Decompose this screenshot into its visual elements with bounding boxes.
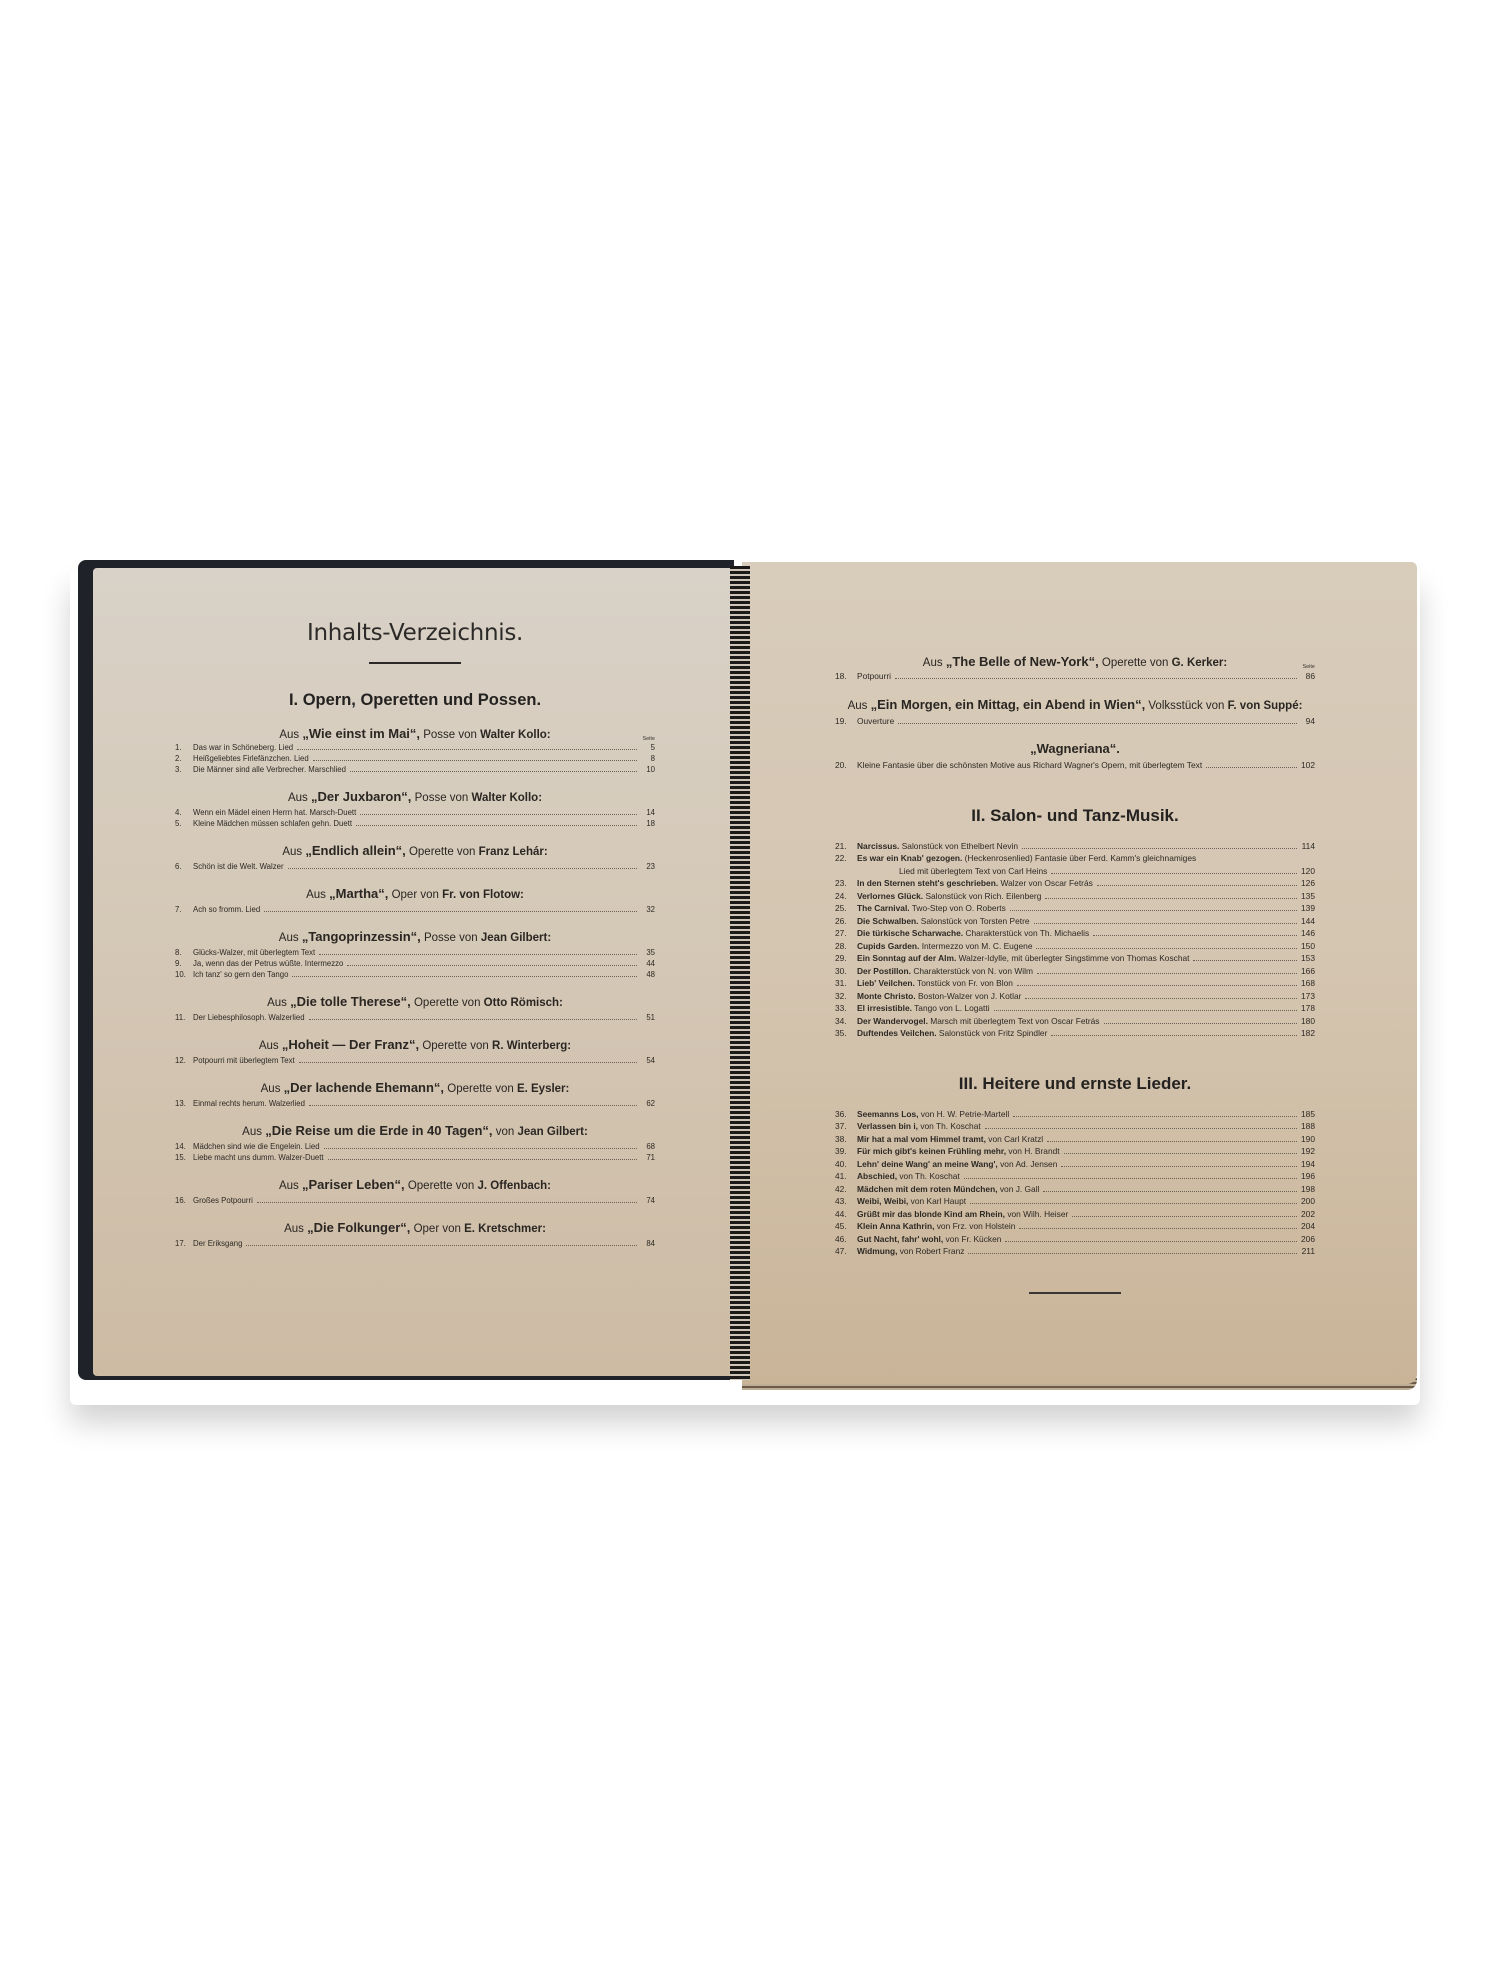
entry-title: Für mich gibt's keinen Frühling mehr, <box>857 1146 1006 1156</box>
entry-text: Grüßt mir das blonde Kind am Rhein, von … <box>857 1208 1068 1221</box>
work-title: „Wagneriana“. <box>1030 741 1120 756</box>
entry-text: The Carnival. Two-Step von O. Roberts <box>857 902 1006 915</box>
entry-number: 11. <box>175 1012 193 1023</box>
work-prefix: Aus <box>279 932 299 944</box>
entry-description: Lied mit überlegtem Text von Carl Heins <box>899 866 1047 876</box>
entry-text: Duftendes Veilchen. Salonstück von Fritz… <box>857 1027 1047 1040</box>
entry-page: 84 <box>641 1238 655 1249</box>
entry-description: von H. W. Petrie-Martell <box>921 1109 1009 1119</box>
work-prefix: Aus <box>848 700 868 712</box>
dot-leader <box>313 760 637 761</box>
work-composer: R. Winterberg: <box>492 1040 571 1052</box>
entry-page: 139 <box>1301 902 1315 915</box>
dot-leader <box>985 1128 1297 1129</box>
work-kind: Posse von <box>415 792 469 804</box>
entry-title: Grüßt mir das blonde Kind am Rhein, <box>857 1209 1005 1219</box>
dot-leader <box>1061 1166 1297 1167</box>
entry-description: Walzer von Oscar Fetrás <box>1000 878 1092 888</box>
work-title: „Die tolle Therese“, <box>290 994 411 1009</box>
entry-title: Narcissus. <box>857 841 899 851</box>
entry-number: 7. <box>175 904 193 915</box>
entry-page: 48 <box>641 969 655 980</box>
dot-leader <box>1036 948 1297 949</box>
entry-page: 211 <box>1301 1245 1315 1258</box>
work-kind: Posse von <box>423 729 477 741</box>
entry-title: Widmung, <box>857 1246 897 1256</box>
entry-title: Monte Christo. <box>857 991 916 1001</box>
entry-title: Kleine Fantasie über die schönsten Motiv… <box>857 759 1202 772</box>
entry-number: 20. <box>835 759 857 772</box>
work-kind: Operette von <box>408 1180 474 1192</box>
entry-page: 94 <box>1301 715 1315 728</box>
work-heading: Aus „Der lachende Ehemann“, Operette von… <box>175 1080 655 1095</box>
entry-title: Liebe macht uns dumm. Walzer-Duett <box>193 1152 324 1163</box>
work-composer: Franz Lehár: <box>479 846 548 858</box>
dot-leader <box>1045 898 1297 899</box>
toc-entry: 27.Die türkische Scharwache. Charakterst… <box>835 927 1315 940</box>
toc-entry: 32.Monte Christo. Boston-Walzer von J. K… <box>835 990 1315 1003</box>
entry-page: 196 <box>1301 1170 1315 1183</box>
dot-leader <box>1034 923 1297 924</box>
work-kind: Volksstück von <box>1148 700 1224 712</box>
toc-entry: 35.Duftendes Veilchen. Salonstück von Fr… <box>835 1027 1315 1040</box>
entry-page: 185 <box>1301 1108 1315 1121</box>
work-heading: Aus „Martha“, Oper von Fr. von Flotow: <box>175 886 655 901</box>
entry-number: 34. <box>835 1015 857 1028</box>
toc-entry: 41.Abschied, von Th. Koschat196 <box>835 1170 1315 1183</box>
work-title: „Wie einst im Mai“, <box>302 726 420 741</box>
work-heading: Aus „Ein Morgen, ein Mittag, ein Abend i… <box>835 697 1315 712</box>
work-title: „The Belle of New-York“, <box>946 654 1099 669</box>
entry-title: Mädchen sind wie die Engelein. Lied <box>193 1141 320 1152</box>
work-prefix: Aus <box>259 1040 279 1052</box>
work-kind: Operette von <box>409 846 475 858</box>
toc-entry: 14.Mädchen sind wie die Engelein. Lied68 <box>175 1141 655 1152</box>
entry-title: Ein Sonntag auf der Alm. <box>857 953 956 963</box>
entry-title: Ouverture <box>857 715 894 728</box>
work-kind: Operette von <box>414 997 480 1009</box>
toc-entry: Lied mit überlegtem Text von Carl Heins1… <box>835 865 1315 878</box>
toc-entry: 36.Seemanns Los, von H. W. Petrie-Martel… <box>835 1108 1315 1121</box>
entry-text: Cupids Garden. Intermezzo von M. C. Euge… <box>857 940 1032 953</box>
dot-leader <box>264 911 637 912</box>
entry-page: 166 <box>1301 965 1315 978</box>
entry-page: 146 <box>1301 927 1315 940</box>
entry-description: Two-Step von O. Roberts <box>912 903 1006 913</box>
entry-title: Der Eriksgang <box>193 1238 242 1249</box>
entry-number: 43. <box>835 1195 857 1208</box>
toc-entry: 11.Der Liebesphilosoph. Walzerlied51 <box>175 1012 655 1023</box>
entry-description: (Heckenrosenlied) Fantasie über Ferd. Ka… <box>965 853 1197 863</box>
work-composer: Otto Römisch: <box>484 997 563 1009</box>
work-prefix: Aus <box>279 1180 299 1192</box>
work-composer: G. Kerker: <box>1172 657 1228 669</box>
entry-text: Verlassen bin i, von Th. Koschat <box>857 1120 981 1133</box>
entry-description: Marsch mit überlegtem Text von Oscar Fet… <box>930 1016 1099 1026</box>
dot-leader <box>292 976 637 977</box>
entry-number: 42. <box>835 1183 857 1196</box>
entry-page: 182 <box>1301 1027 1315 1040</box>
entry-number: 37. <box>835 1120 857 1133</box>
dot-leader <box>898 723 1297 724</box>
toc-entry: 12.Potpourri mit überlegtem Text54 <box>175 1055 655 1066</box>
lieder-list: 36.Seemanns Los, von H. W. Petrie-Martel… <box>835 1108 1315 1258</box>
entry-description: von Th. Koschat <box>920 1121 980 1131</box>
entry-page: 188 <box>1301 1120 1315 1133</box>
entry-number: 38. <box>835 1133 857 1146</box>
entry-number: 10. <box>175 969 193 980</box>
entry-page: 190 <box>1301 1133 1315 1146</box>
entry-text: In den Sternen steht's geschrieben. Walz… <box>857 877 1093 890</box>
dot-leader <box>1010 910 1297 911</box>
salon-list: 21.Narcissus. Salonstück von Ethelbert N… <box>835 840 1315 1040</box>
work-composer: Walter Kollo: <box>480 729 551 741</box>
entry-description: von J. Gall <box>1000 1184 1040 1194</box>
entry-title: Einmal rechts herum. Walzerlied <box>193 1098 305 1109</box>
toc-entry: 30.Der Postillon. Charakterstück von N. … <box>835 965 1315 978</box>
entry-description: von Ad. Jensen <box>1000 1159 1057 1169</box>
right-page-content: Aus „The Belle of New-York“, Operette vo… <box>835 640 1315 1294</box>
entry-title: Heißgeliebtes Firlefänzchen. Lied <box>193 753 309 764</box>
entry-page: 10 <box>641 764 655 775</box>
dot-leader <box>970 1203 1297 1204</box>
entry-number: 17. <box>175 1238 193 1249</box>
entry-description: Intermezzo von M. C. Eugene <box>922 941 1033 951</box>
entry-number: 40. <box>835 1158 857 1171</box>
work-kind: Operette von <box>422 1040 488 1052</box>
work-composer: Jean Gilbert: <box>481 932 551 944</box>
dot-leader <box>257 1202 637 1203</box>
entry-text: Weibi, Weibi, von Karl Haupt <box>857 1195 966 1208</box>
entry-description: von Robert Franz <box>900 1246 965 1256</box>
entry-page: 135 <box>1301 890 1315 903</box>
entry-page: 178 <box>1301 1002 1315 1015</box>
dot-leader <box>895 678 1297 679</box>
toc-entry: 15.Liebe macht uns dumm. Walzer-Duett71 <box>175 1152 655 1163</box>
entry-title: Duftendes Veilchen. <box>857 1028 937 1038</box>
entry-number: 1. <box>175 742 193 753</box>
toc-entry: 45.Klein Anna Kathrin, von Frz. von Hols… <box>835 1220 1315 1233</box>
entry-text: Seemanns Los, von H. W. Petrie-Martell <box>857 1108 1009 1121</box>
entry-page: 200 <box>1301 1195 1315 1208</box>
work-heading: Aus „Hoheit — Der Franz“, Operette von R… <box>175 1037 655 1052</box>
entry-page: 180 <box>1301 1015 1315 1028</box>
work-kind: Operette von <box>1102 657 1168 669</box>
entry-text: Mädchen mit dem roten Mündchen, von J. G… <box>857 1183 1039 1196</box>
entry-page: 150 <box>1301 940 1315 953</box>
work-heading: Aus „Die tolle Therese“, Operette von Ot… <box>175 994 655 1009</box>
dot-leader <box>246 1245 637 1246</box>
work-title: „Pariser Leben“, <box>302 1177 405 1192</box>
work-prefix: Aus <box>261 1083 281 1095</box>
entry-number: 13. <box>175 1098 193 1109</box>
left-page-content: Inhalts-Verzeichnis. I. Opern, Operetten… <box>175 620 655 1249</box>
dot-leader <box>1051 1035 1297 1036</box>
entry-description: Salonstück von Fritz Spindler <box>939 1028 1047 1038</box>
entry-text: Lehn' deine Wang' an meine Wang', von Ad… <box>857 1158 1057 1171</box>
entry-number: 41. <box>835 1170 857 1183</box>
entry-title: Potpourri <box>857 670 891 683</box>
work-title: „Endlich allein“, <box>305 843 405 858</box>
title-rule <box>369 662 461 664</box>
entry-title: Verlassen bin i, <box>857 1121 918 1131</box>
entry-description: Tonstück von Fr. von Blon <box>917 978 1013 988</box>
work-prefix: Aus <box>267 997 287 1009</box>
work-title: „Ein Morgen, ein Mittag, ein Abend in Wi… <box>871 697 1146 712</box>
toc-entry: 18.Potpourri86 <box>835 670 1315 683</box>
toc-entry: 10.Ich tanz' so gern den Tango48 <box>175 969 655 980</box>
work-title: „Die Reise um die Erde in 40 Tagen“, <box>265 1123 492 1138</box>
entry-page: 74 <box>641 1195 655 1206</box>
dot-leader <box>1025 998 1297 999</box>
entry-title: Das war in Schöneberg. Lied <box>193 742 293 753</box>
entry-number: 23. <box>835 877 857 890</box>
entry-page: 35 <box>641 947 655 958</box>
entry-text: Klein Anna Kathrin, von Frz. von Holstei… <box>857 1220 1015 1233</box>
entry-page: 54 <box>641 1055 655 1066</box>
work-heading: Aus „Pariser Leben“, Operette von J. Off… <box>175 1177 655 1192</box>
entry-text: Mir hat a mal vom Himmel tramt, von Carl… <box>857 1133 1043 1146</box>
work-title: „Der lachende Ehemann“, <box>284 1080 444 1095</box>
page-title: Inhalts-Verzeichnis. <box>175 620 655 646</box>
entry-page: 144 <box>1301 915 1315 928</box>
toc-entry: 1.Das war in Schöneberg. Lied5 <box>175 742 655 753</box>
section-heading-2: II. Salon- und Tanz-Musik. <box>835 806 1315 826</box>
dot-leader <box>1022 848 1297 849</box>
dot-leader <box>1005 1241 1297 1242</box>
dot-leader <box>1043 1191 1297 1192</box>
entry-title: Verlornes Glück. <box>857 891 923 901</box>
entry-page: 120 <box>1301 865 1315 878</box>
work-kind: Operette von <box>447 1083 513 1095</box>
work-composer: J. Offenbach: <box>478 1180 551 1192</box>
entry-number: 33. <box>835 1002 857 1015</box>
dot-leader <box>356 825 637 826</box>
toc-entry: 33.El irresistible. Tango von L. Logatti… <box>835 1002 1315 1015</box>
entry-number: 44. <box>835 1208 857 1221</box>
entry-title: Mir hat a mal vom Himmel tramt, <box>857 1134 986 1144</box>
toc-entry: 24.Verlornes Glück. Salonstück von Rich.… <box>835 890 1315 903</box>
entry-title: Glücks-Walzer, mit überlegtem Text <box>193 947 315 958</box>
entry-description: von H. Brandt <box>1008 1146 1059 1156</box>
work-heading: Aus „Der Juxbaron“, Posse von Walter Kol… <box>175 789 655 804</box>
entry-number: 14. <box>175 1141 193 1152</box>
entry-text: Verlornes Glück. Salonstück von Rich. Ei… <box>857 890 1041 903</box>
work-title: „Die Folkunger“, <box>307 1220 410 1235</box>
entry-number: 3. <box>175 764 193 775</box>
entry-number: 47. <box>835 1245 857 1258</box>
dot-leader <box>1064 1153 1297 1154</box>
entry-page: 68 <box>641 1141 655 1152</box>
dot-leader <box>994 1010 1297 1011</box>
toc-entry: 42.Mädchen mit dem roten Mündchen, von J… <box>835 1183 1315 1196</box>
entry-description: Salonstück von Torsten Petre <box>921 916 1030 926</box>
entry-page: 14 <box>641 807 655 818</box>
work-heading: Aus „Endlich allein“, Operette von Franz… <box>175 843 655 858</box>
work-prefix: Aus <box>284 1223 304 1235</box>
entry-title: Der Liebesphilosoph. Walzerlied <box>193 1012 305 1023</box>
entry-number: 25. <box>835 902 857 915</box>
toc-entry: 17.Der Eriksgang84 <box>175 1238 655 1249</box>
entry-text: Lieb' Veilchen. Tonstück von Fr. von Blo… <box>857 977 1013 990</box>
entry-text: Für mich gibt's keinen Frühling mehr, vo… <box>857 1145 1060 1158</box>
work-composer: F. von Suppé: <box>1228 700 1303 712</box>
entry-description: Boston-Walzer von J. Kotlar <box>918 991 1022 1001</box>
dot-leader <box>968 1253 1297 1254</box>
entry-number: 5. <box>175 818 193 829</box>
entry-description: Salonstück von Ethelbert Nevin <box>902 841 1018 851</box>
entry-number: 36. <box>835 1108 857 1121</box>
entry-title: Der Postillon. <box>857 966 911 976</box>
toc-entry: 16.Großes Potpourri74 <box>175 1195 655 1206</box>
entry-number: 16. <box>175 1195 193 1206</box>
entry-text: Die Schwalben. Salonstück von Torsten Pe… <box>857 915 1030 928</box>
entry-number: 46. <box>835 1233 857 1246</box>
entry-page: 32 <box>641 904 655 915</box>
entry-title: Lieb' Veilchen. <box>857 978 915 988</box>
work-title: „Tangoprinzessin“, <box>302 929 421 944</box>
dot-leader <box>1072 1216 1297 1217</box>
entry-title: El irresistible. <box>857 1003 912 1013</box>
entry-number: 18. <box>835 670 857 683</box>
entry-title: Klein Anna Kathrin, <box>857 1221 934 1231</box>
dot-leader <box>1047 1141 1297 1142</box>
entry-title: Der Wandervogel. <box>857 1016 928 1026</box>
toc-entry: 38.Mir hat a mal vom Himmel tramt, von C… <box>835 1133 1315 1146</box>
entry-description: Tango von L. Logatti <box>914 1003 989 1013</box>
left-works-list: Aus „Wie einst im Mai“, Posse von Walter… <box>175 726 655 1249</box>
entry-page: 51 <box>641 1012 655 1023</box>
work-prefix: Aus <box>288 792 308 804</box>
entry-title: In den Sternen steht's geschrieben. <box>857 878 998 888</box>
work-composer: Walter Kollo: <box>472 792 543 804</box>
work-prefix: Aus <box>923 657 943 669</box>
dot-leader <box>309 1105 637 1106</box>
entry-number: 12. <box>175 1055 193 1066</box>
toc-entry: 4.Wenn ein Mädel einen Herrn hat. Marsch… <box>175 807 655 818</box>
entry-description: von Fr. Kücken <box>946 1234 1002 1244</box>
entry-number: 32. <box>835 990 857 1003</box>
toc-entry: 2.Heißgeliebtes Firlefänzchen. Lied8 <box>175 753 655 764</box>
entry-page: 71 <box>641 1152 655 1163</box>
entry-page: 23 <box>641 861 655 872</box>
entry-description: Charakterstück von Th. Michaelis <box>965 928 1089 938</box>
dot-leader <box>1051 873 1297 874</box>
entry-title: Die türkische Scharwache. <box>857 928 963 938</box>
entry-description: von Wilh. Heiser <box>1007 1209 1068 1219</box>
entry-description: von Th. Koschat <box>899 1171 959 1181</box>
toc-entry: 31.Lieb' Veilchen. Tonstück von Fr. von … <box>835 977 1315 990</box>
entry-number: 8. <box>175 947 193 958</box>
toc-entry: 26.Die Schwalben. Salonstück von Torsten… <box>835 915 1315 928</box>
entry-page: 153 <box>1301 952 1315 965</box>
entry-description: Walzer-Idylle, mit überlegter Singstimme… <box>959 953 1190 963</box>
dot-leader <box>299 1062 637 1063</box>
toc-entry: 8.Glücks-Walzer, mit überlegtem Text35 <box>175 947 655 958</box>
work-kind: Oper von <box>414 1223 461 1235</box>
entry-text: Narcissus. Salonstück von Ethelbert Nevi… <box>857 840 1018 853</box>
entry-description: Charakterstück von N. von Wilm <box>913 966 1033 976</box>
entry-page: 5 <box>641 742 655 753</box>
dot-leader <box>309 1019 637 1020</box>
entry-description: von Frz. von Holstein <box>937 1221 1016 1231</box>
entry-page: 18 <box>641 818 655 829</box>
dot-leader <box>1017 985 1297 986</box>
entry-title: Die Männer sind alle Verbrecher. Marschl… <box>193 764 346 775</box>
entry-title: Großes Potpourri <box>193 1195 253 1206</box>
entry-page: 44 <box>641 958 655 969</box>
toc-entry: 37.Verlassen bin i, von Th. Koschat188 <box>835 1120 1315 1133</box>
toc-entry: 25.The Carnival. Two-Step von O. Roberts… <box>835 902 1315 915</box>
dot-leader <box>297 749 637 750</box>
entry-title: Ich tanz' so gern den Tango <box>193 969 288 980</box>
toc-entry: 7.Ach so fromm. Lied32 <box>175 904 655 915</box>
entry-page: 194 <box>1301 1158 1315 1171</box>
toc-entry: 5.Kleine Mädchen müssen schlafen gehn. D… <box>175 818 655 829</box>
entry-description: von Karl Haupt <box>911 1196 966 1206</box>
entry-number: 15. <box>175 1152 193 1163</box>
entry-page: 102 <box>1301 759 1315 772</box>
entry-number: 21. <box>835 840 857 853</box>
entry-title: Ja, wenn das der Petrus wüßte. Intermezz… <box>193 958 343 969</box>
toc-entry: 44.Grüßt mir das blonde Kind am Rhein, v… <box>835 1208 1315 1221</box>
dot-leader <box>324 1148 637 1149</box>
entry-number: 27. <box>835 927 857 940</box>
entry-number: 2. <box>175 753 193 764</box>
toc-entry: 3.Die Männer sind alle Verbrecher. Marsc… <box>175 764 655 775</box>
entry-page: 192 <box>1301 1145 1315 1158</box>
entry-title: Kleine Mädchen müssen schlafen gehn. Due… <box>193 818 352 829</box>
toc-entry: 46.Gut Nacht, fahr' wohl, von Fr. Kücken… <box>835 1233 1315 1246</box>
dot-leader <box>347 965 637 966</box>
work-prefix: Aus <box>242 1126 262 1138</box>
entry-number: 28. <box>835 940 857 953</box>
entry-title: Schön ist die Welt. Walzer <box>193 861 284 872</box>
entry-number: 45. <box>835 1220 857 1233</box>
work-heading: Aus „Die Folkunger“, Oper von E. Kretsch… <box>175 1220 655 1235</box>
entry-page: 126 <box>1301 877 1315 890</box>
book-spine-stitching <box>730 566 750 1380</box>
entry-description: von Carl Kratzl <box>988 1134 1043 1144</box>
entry-text: El irresistible. Tango von L. Logatti <box>857 1002 990 1015</box>
entry-number: 39. <box>835 1145 857 1158</box>
work-heading: Aus „Die Reise um die Erde in 40 Tagen“,… <box>175 1123 655 1138</box>
entry-title: Cupids Garden. <box>857 941 919 951</box>
dot-leader <box>1097 885 1297 886</box>
entry-title: Lehn' deine Wang' an meine Wang', <box>857 1159 998 1169</box>
work-kind: von <box>496 1126 515 1138</box>
work-composer: E. Kretschmer: <box>464 1223 546 1235</box>
entry-number: 19. <box>835 715 857 728</box>
work-kind: Oper von <box>392 889 439 901</box>
toc-entry: 20.Kleine Fantasie über die schönsten Mo… <box>835 759 1315 772</box>
entry-number: 9. <box>175 958 193 969</box>
toc-entry: 40.Lehn' deine Wang' an meine Wang', von… <box>835 1158 1315 1171</box>
entry-page: 168 <box>1301 977 1315 990</box>
toc-entry: 29.Ein Sonntag auf der Alm. Walzer-Idyll… <box>835 952 1315 965</box>
entry-title: Wenn ein Mädel einen Herrn hat. Marsch-D… <box>193 807 356 818</box>
entry-title: Seemanns Los, <box>857 1109 918 1119</box>
entry-number: 26. <box>835 915 857 928</box>
dot-leader <box>1037 973 1297 974</box>
work-heading: „Wagneriana“. <box>835 741 1315 756</box>
toc-entry: 28.Cupids Garden. Intermezzo von M. C. E… <box>835 940 1315 953</box>
dot-leader <box>1019 1228 1297 1229</box>
work-title: „Hoheit — Der Franz“, <box>282 1037 419 1052</box>
entry-text: Die türkische Scharwache. Charakterstück… <box>857 927 1089 940</box>
end-rule <box>1029 1292 1121 1294</box>
toc-entry: 43.Weibi, Weibi, von Karl Haupt200 <box>835 1195 1315 1208</box>
